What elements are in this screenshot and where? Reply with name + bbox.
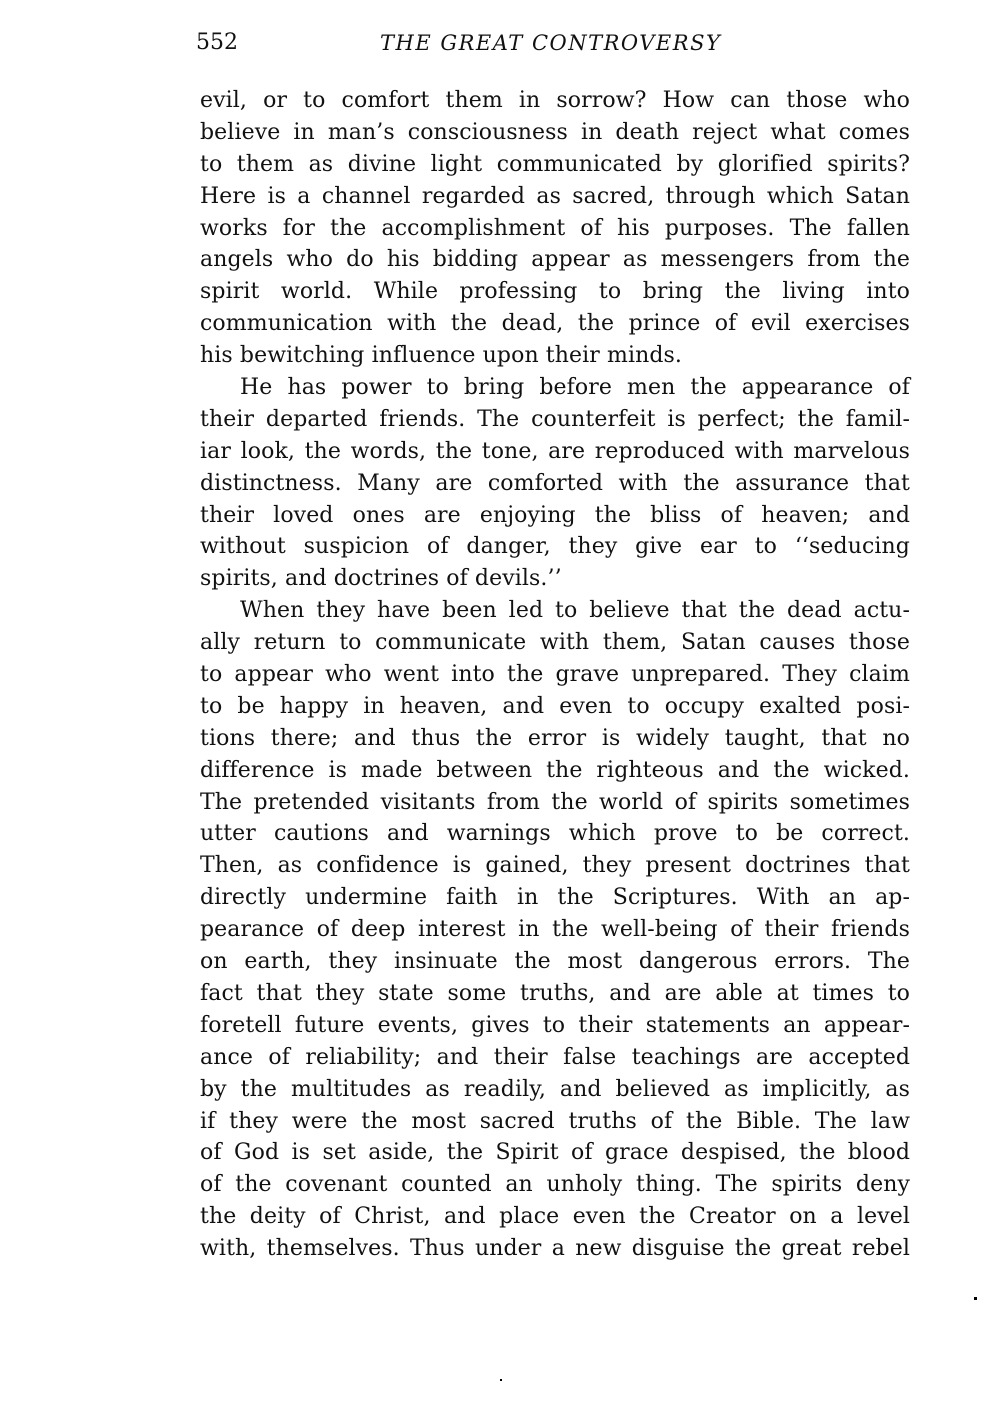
text-line: utter cautions and warnings which prove …	[200, 818, 910, 850]
text-line: He has power to bring before men the app…	[200, 372, 910, 404]
text-line: The pretended visitants from the world o…	[200, 787, 910, 819]
text-line: iar look, the words, the tone, are repro…	[200, 436, 910, 468]
text-line: ance of reliability; and their false tea…	[200, 1042, 910, 1074]
text-line: communication with the dead, the prince …	[200, 308, 910, 340]
text-line: foretell future events, gives to their s…	[200, 1010, 910, 1042]
running-title: THE GREAT CONTROVERSY	[380, 30, 721, 56]
text-line: ally return to communicate with them, Sa…	[200, 627, 910, 659]
text-line: spirit world. While professing to bring …	[200, 276, 910, 308]
text-line: evil, or to comfort them in sorrow? How …	[200, 85, 910, 117]
scan-speck	[974, 1297, 977, 1300]
text-line: with, themselves. Thus under a new disgu…	[200, 1233, 910, 1265]
text-line: the deity of Christ, and place even the …	[200, 1201, 910, 1233]
text-line: Here is a channel regarded as sacred, th…	[200, 181, 910, 213]
text-line: distinctness. Many are comforted with th…	[200, 468, 910, 500]
text-line: spirits, and doctrines of devils.’’	[200, 563, 910, 595]
text-line: their departed friends. The counterfeit …	[200, 404, 910, 436]
text-line: by the multitudes as readily, and believ…	[200, 1074, 910, 1106]
text-line: When they have been led to believe that …	[200, 595, 910, 627]
text-line: angels who do his bidding appear as mess…	[200, 244, 910, 276]
text-line: believe in man’s consciousness in death …	[200, 117, 910, 149]
page-number: 552	[196, 30, 238, 56]
text-line: fact that they state some truths, and ar…	[200, 978, 910, 1010]
text-line: on earth, they insinuate the most danger…	[200, 946, 910, 978]
text-line: if they were the most sacred truths of t…	[200, 1106, 910, 1138]
text-line: to be happy in heaven, and even to occup…	[200, 691, 910, 723]
text-line: directly undermine faith in the Scriptur…	[200, 882, 910, 914]
text-line: to appear who went into the grave unprep…	[200, 659, 910, 691]
text-line: works for the accomplishment of his purp…	[200, 213, 910, 245]
scan-speck	[500, 1379, 502, 1381]
text-line: of God is set aside, the Spirit of grace…	[200, 1137, 910, 1169]
text-line: his bewitching influence upon their mind…	[200, 340, 910, 372]
text-line: without suspicion of danger, they give e…	[200, 531, 910, 563]
text-line: tions there; and thus the error is widel…	[200, 723, 910, 755]
text-line: pearance of deep interest in the well-be…	[200, 914, 910, 946]
text-line: their loved ones are enjoying the bliss …	[200, 500, 910, 532]
text-line: Then, as confidence is gained, they pres…	[200, 850, 910, 882]
body-text: evil, or to comfort them in sorrow? How …	[200, 85, 910, 1265]
text-line: difference is made between the righteous…	[200, 755, 910, 787]
text-line: of the covenant counted an unholy thing.…	[200, 1169, 910, 1201]
text-line: to them as divine light communicated by …	[200, 149, 910, 181]
